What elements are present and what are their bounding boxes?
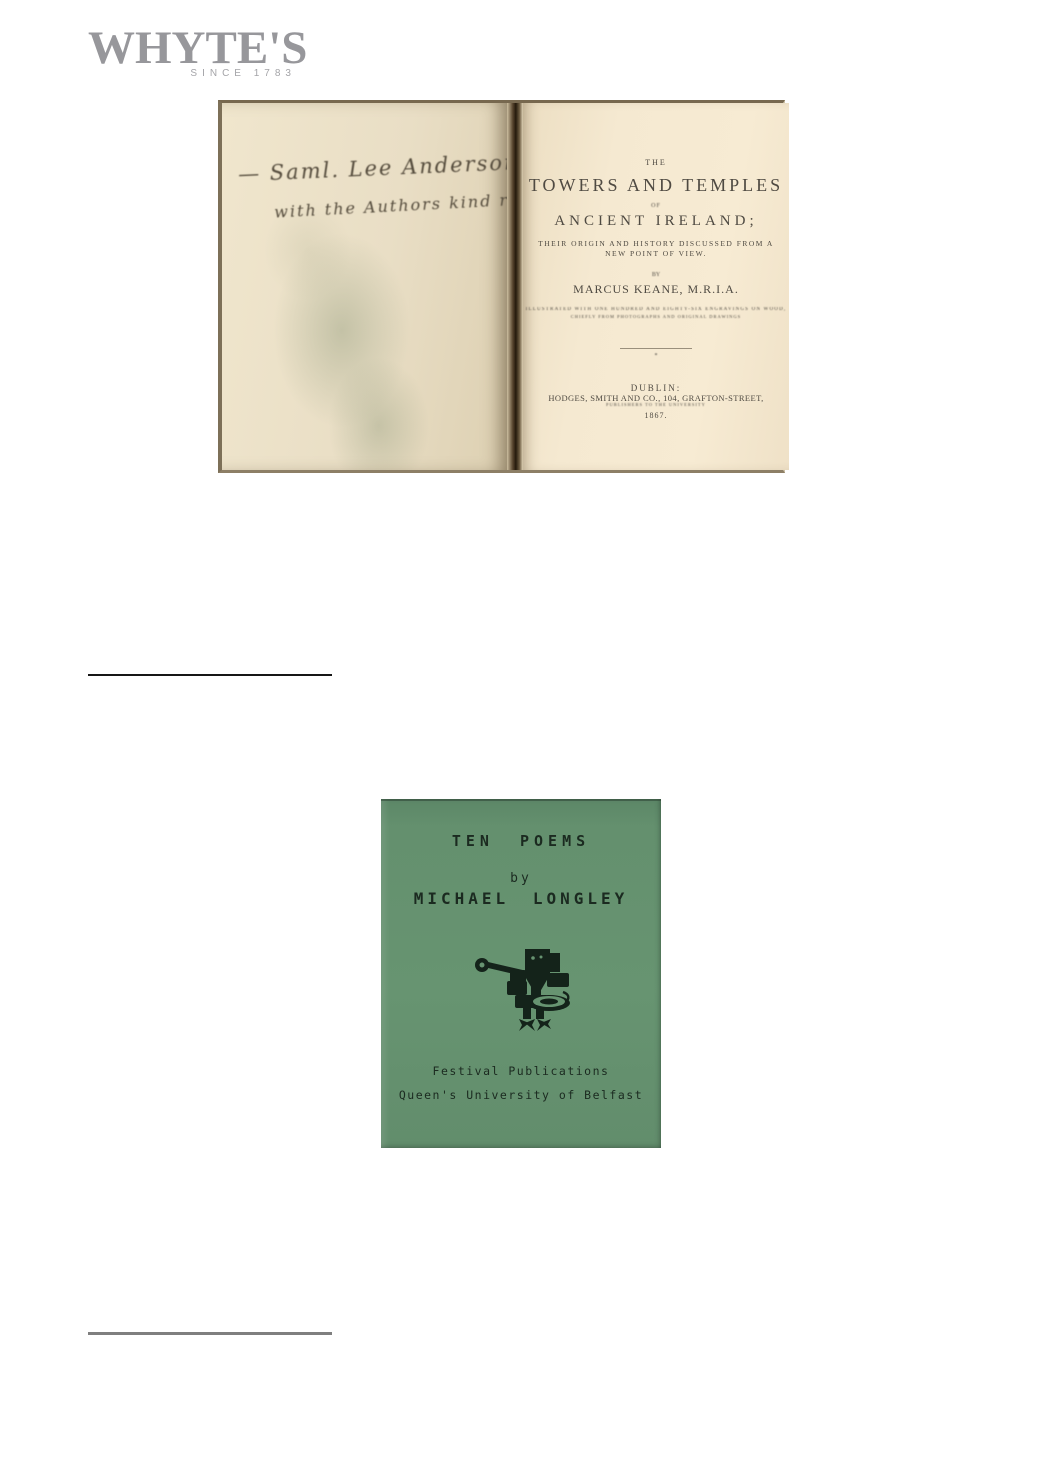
title-page-subtitle-line1: THEIR ORIGIN AND HISTORY DISCUSSED FROM … xyxy=(523,239,789,248)
title-page-subtitle-line2: NEW POINT OF VIEW. xyxy=(523,249,789,258)
title-page-city: DUBLIN: xyxy=(523,383,789,393)
title-page-rule xyxy=(620,348,692,349)
whytes-logo[interactable]: WHYTE'S SINCE 1783 xyxy=(88,24,298,79)
cover-by: by xyxy=(381,871,661,886)
title-page-kicker: THE xyxy=(523,158,789,167)
title-page-year: 1867. xyxy=(523,411,789,420)
cover-author: MICHAEL LONGLEY xyxy=(381,889,661,908)
cover-publisher-line2: Queen's University of Belfast xyxy=(381,1088,661,1102)
lot-photo-ten-poems[interactable]: TEN POEMS by MICHAEL LONGLEY xyxy=(381,799,661,1148)
title-page-publisher-note: PUBLISHERS TO THE UNIVERSITY xyxy=(523,402,789,407)
title-page-ornament: * xyxy=(523,353,789,359)
lot-divider-top xyxy=(88,674,332,676)
title-page-title-line1: TOWERS AND TEMPLES xyxy=(523,175,789,196)
book-title-page: THE TOWERS AND TEMPLES OF ANCIENT IRELAN… xyxy=(523,103,789,470)
book-left-page: — Saml. Lee Anderson Esq with the Author… xyxy=(222,103,507,470)
lot-photo-towers-and-temples[interactable]: — Saml. Lee Anderson Esq with the Author… xyxy=(218,100,785,473)
title-page-by: BY xyxy=(523,272,789,278)
cover-title: TEN POEMS xyxy=(381,832,661,850)
title-page-author: MARCUS KEANE, M.R.I.A. xyxy=(523,282,789,297)
title-page-illustration-note1: ILLUSTRATED WITH ONE HUNDRED AND EIGHTY-… xyxy=(523,307,789,312)
cover-publisher-line1: Festival Publications xyxy=(381,1064,661,1078)
lot-divider-bottom xyxy=(88,1332,332,1335)
title-page-title-line2: ANCIENT IRELAND; xyxy=(523,213,789,230)
trumpeter-with-drum-emblem-icon xyxy=(467,945,571,1037)
title-page-of: OF xyxy=(523,203,789,209)
title-page-illustration-note2: CHIEFLY FROM PHOTOGRAPHS AND ORIGINAL DR… xyxy=(523,314,789,319)
book-gutter xyxy=(507,103,523,470)
auction-catalogue-page: WHYTE'S SINCE 1783 — Saml. Lee Anderson … xyxy=(0,0,1040,1471)
whytes-logo-tagline: SINCE 1783 xyxy=(88,68,298,79)
whytes-logo-text: WHYTE'S xyxy=(88,24,298,72)
